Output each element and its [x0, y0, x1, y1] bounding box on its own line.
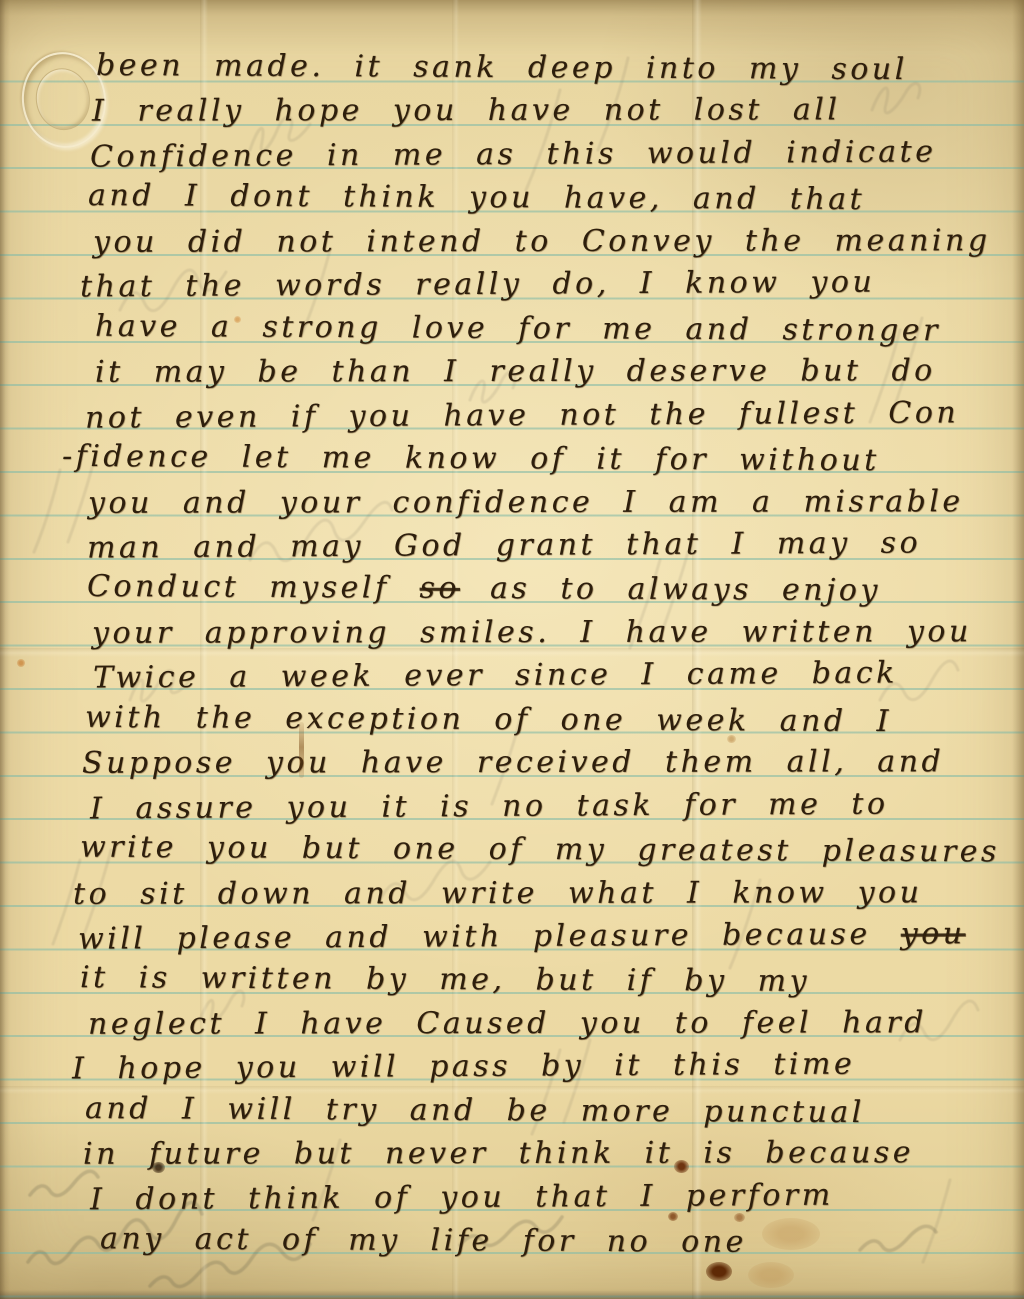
letter-line: not even if you have not the fullest Con — [85, 391, 959, 439]
letter-text: I assure you it is no task for me to — [90, 786, 889, 826]
letter-line: and I dont think you have, and that — [88, 174, 865, 221]
letter-line: that the words really do, I know you — [80, 261, 875, 309]
letter-text: been made. it sank deep into my soul — [96, 48, 908, 87]
letter-line: Suppose you have received them all, and — [82, 740, 944, 785]
letter-line: with the exception of one week and I — [85, 696, 892, 743]
letter-line: man and may God grant that I may so — [87, 521, 921, 569]
letter-line: you and your confidence I am a misrable — [88, 480, 964, 525]
letter-text: any act of my life for no one — [100, 1221, 747, 1259]
scan-edge-left — [0, 0, 10, 1299]
letter-line: you did not intend to Convey the meaning — [93, 219, 991, 264]
letter-text: Twice a week ever since I came back — [93, 656, 898, 696]
letter-line: write you but one of my greatest pleasur… — [80, 826, 1000, 874]
letter-text: and I dont think you have, and that — [88, 178, 865, 217]
letter-text: Suppose you have received them all, and — [82, 744, 944, 781]
letter-text: Conduct myself — [87, 569, 420, 606]
letter-page: been made. it sank deep into my soulI re… — [0, 0, 1024, 1299]
struck-word: you — [901, 916, 966, 951]
letter-text: I dont think of you that I perform — [90, 1177, 834, 1217]
struck-word: so — [419, 571, 460, 606]
letter-line: in future but never think it is because — [83, 1132, 914, 1176]
scan-edge-bottom — [0, 1290, 1024, 1299]
letter-line: to sit down and write what I know you — [73, 871, 922, 915]
letter-line: neglect I have Caused you to feel hard — [88, 1001, 927, 1045]
letter-text: you did not intend to Convey the meaning — [93, 223, 991, 260]
letter-text: it may be than I really deserve but do — [95, 353, 936, 389]
letter-body: been made. it sank deep into my soulI re… — [0, 0, 1024, 1299]
letter-line: Twice a week ever since I came back — [93, 652, 898, 700]
letter-text: I really hope you have not lost all — [92, 93, 840, 129]
letter-text: your approving smiles. I have written yo… — [92, 614, 972, 651]
letter-text: Confidence in me as this would indicate — [90, 134, 937, 174]
letter-text: with the exception of one week and I — [85, 700, 892, 739]
letter-text: -fidence let me know of it for without — [62, 439, 880, 478]
letter-line: Confidence in me as this would indicate — [90, 130, 937, 178]
letter-text: not even if you have not the fullest Con — [85, 395, 959, 435]
letter-line: Conduct myself so as to always enjoy — [87, 565, 881, 612]
letter-text: man and may God grant that I may so — [87, 525, 921, 565]
letter-text: will please and with pleasure because — [78, 917, 901, 957]
letter-line: I really hope you have not lost all — [92, 89, 841, 133]
letter-line: I hope you will pass by it this time — [72, 1043, 855, 1091]
letter-line: any act of my life for no one — [100, 1217, 747, 1263]
letter-line: been made. it sank deep into my soul — [96, 44, 908, 91]
letter-line: it may be than I really deserve but do — [95, 349, 936, 393]
letter-text: I hope you will pass by it this time — [72, 1047, 855, 1087]
letter-text: to sit down and write what I know you — [73, 875, 922, 911]
letter-line: your approving smiles. I have written yo… — [92, 610, 972, 655]
letter-text: have a strong love for me and stronger — [95, 308, 941, 347]
letter-text: as to always enjoy — [460, 571, 881, 608]
letter-line: will please and with pleasure because yo… — [78, 912, 966, 960]
letter-line: and I will try and be more punctual — [85, 1087, 865, 1134]
letter-line: -fidence let me know of it for without — [62, 435, 880, 482]
letter-text: neglect I have Caused you to feel hard — [88, 1005, 927, 1041]
letter-text: it is written by me, but if by my — [80, 961, 810, 1000]
letter-text: that the words really do, I know you — [80, 265, 875, 305]
letter-line: have a strong love for me and stronger — [95, 304, 941, 351]
letter-text: write you but one of my greatest pleasur… — [80, 830, 1000, 870]
letter-line: I dont think of you that I perform — [90, 1173, 834, 1221]
letter-text: and I will try and be more punctual — [85, 1091, 865, 1130]
scan-edge-right — [1012, 0, 1024, 1299]
letter-text: you and your confidence I am a misrable — [88, 484, 964, 521]
letter-text: in future but never think it is because — [83, 1136, 914, 1172]
letter-line: I assure you it is no task for me to — [90, 782, 889, 830]
letter-line: it is written by me, but if by my — [80, 957, 810, 1004]
